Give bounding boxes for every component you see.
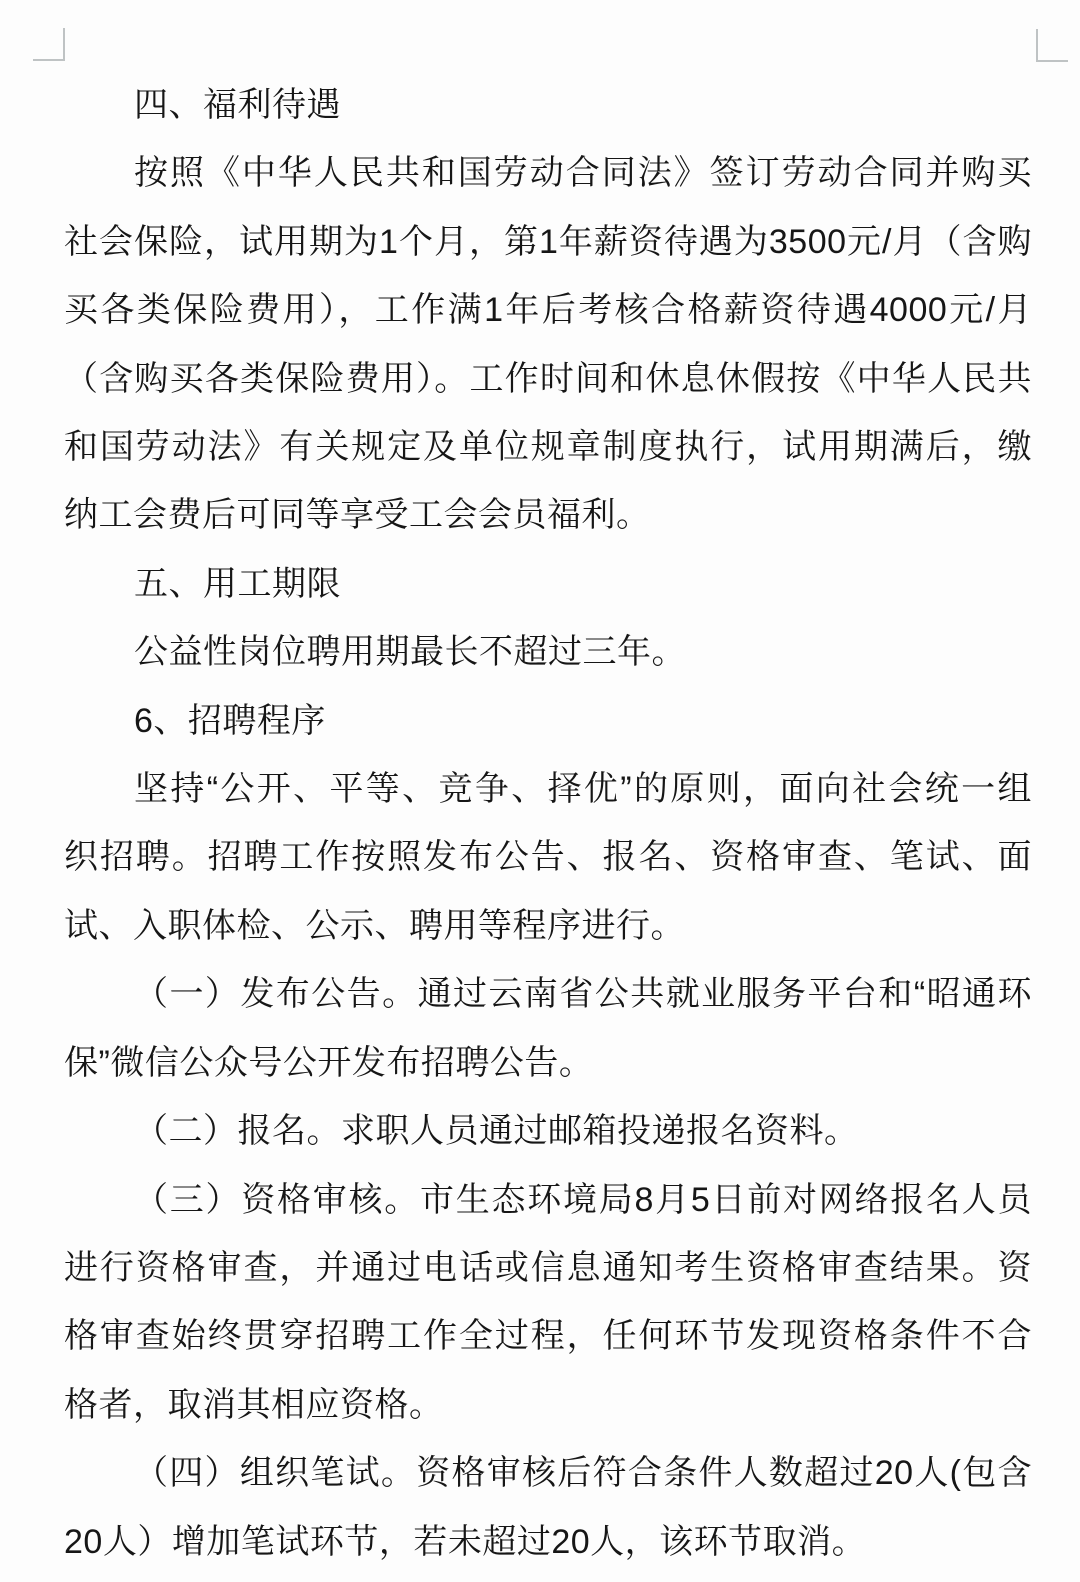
heading-section-6-recruitment-procedure: 6、招聘程序 xyxy=(64,687,1032,755)
text-line: 公益性岗位聘用期最长不超过三年。 xyxy=(64,618,1032,686)
page-corner-mark-top-left xyxy=(33,28,65,61)
heading-section-4-benefits: 四、福利待遇 xyxy=(64,71,1032,139)
text-line: 坚持“公开、平等、竞争、择优”的原则，面向社会统一组 xyxy=(64,755,1032,823)
heading-section-5-employment-term: 五、用工期限 xyxy=(64,550,1032,618)
text-line: 进行资格审查，并通过电话或信息通知考生资格审查结果。资 xyxy=(64,1234,1032,1302)
text-line: 20人）增加笔试环节，若未超过20人，该环节取消。 xyxy=(64,1508,1032,1576)
text-line: 和国劳动法》有关规定及单位规章制度执行，试用期满后，缴 xyxy=(64,413,1032,481)
text-line: 按照《中华人民共和国劳动合同法》签订劳动合同并购买 xyxy=(64,139,1032,207)
text-line: 织招聘。招聘工作按照发布公告、报名、资格审查、笔试、面 xyxy=(64,823,1032,891)
text-line: 纳工会费后可同等享受工会会员福利。 xyxy=(64,481,1032,549)
text-line: （四）组织笔试。资格审核后符合条件人数超过20人(包含 xyxy=(64,1439,1032,1507)
text-line: 试、入职体检、公示、聘用等程序进行。 xyxy=(64,892,1032,960)
text-line: 格者，取消其相应资格。 xyxy=(64,1371,1032,1439)
text-line: （三）资格审核。市生态环境局8月5日前对网络报名人员 xyxy=(64,1166,1032,1234)
text-line: 保”微信公众号公开发布招聘公告。 xyxy=(64,1029,1032,1097)
text-line: 社会保险，试用期为1个月，第1年薪资待遇为3500元/月（含购 xyxy=(64,208,1032,276)
text-line: （含购买各类保险费用）。工作时间和休息休假按《中华人民共 xyxy=(64,345,1032,413)
document-body: 四、福利待遇 按照《中华人民共和国劳动合同法》签订劳动合同并购买 社会保险，试用… xyxy=(64,71,1032,1576)
text-line: 买各类保险费用），工作满1年后考核合格薪资待遇4000元/月 xyxy=(64,276,1032,344)
text-line: 格审查始终贯穿招聘工作全过程，任何环节发现资格条件不合 xyxy=(64,1302,1032,1370)
text-line: （一）发布公告。通过云南省公共就业服务平台和“昭通环 xyxy=(64,960,1032,1028)
document-page: 四、福利待遇 按照《中华人民共和国劳动合同法》签订劳动合同并购买 社会保险，试用… xyxy=(0,0,1080,1582)
page-corner-mark-top-right xyxy=(1036,29,1068,62)
text-line: （二）报名。求职人员通过邮箱投递报名资料。 xyxy=(64,1097,1032,1165)
